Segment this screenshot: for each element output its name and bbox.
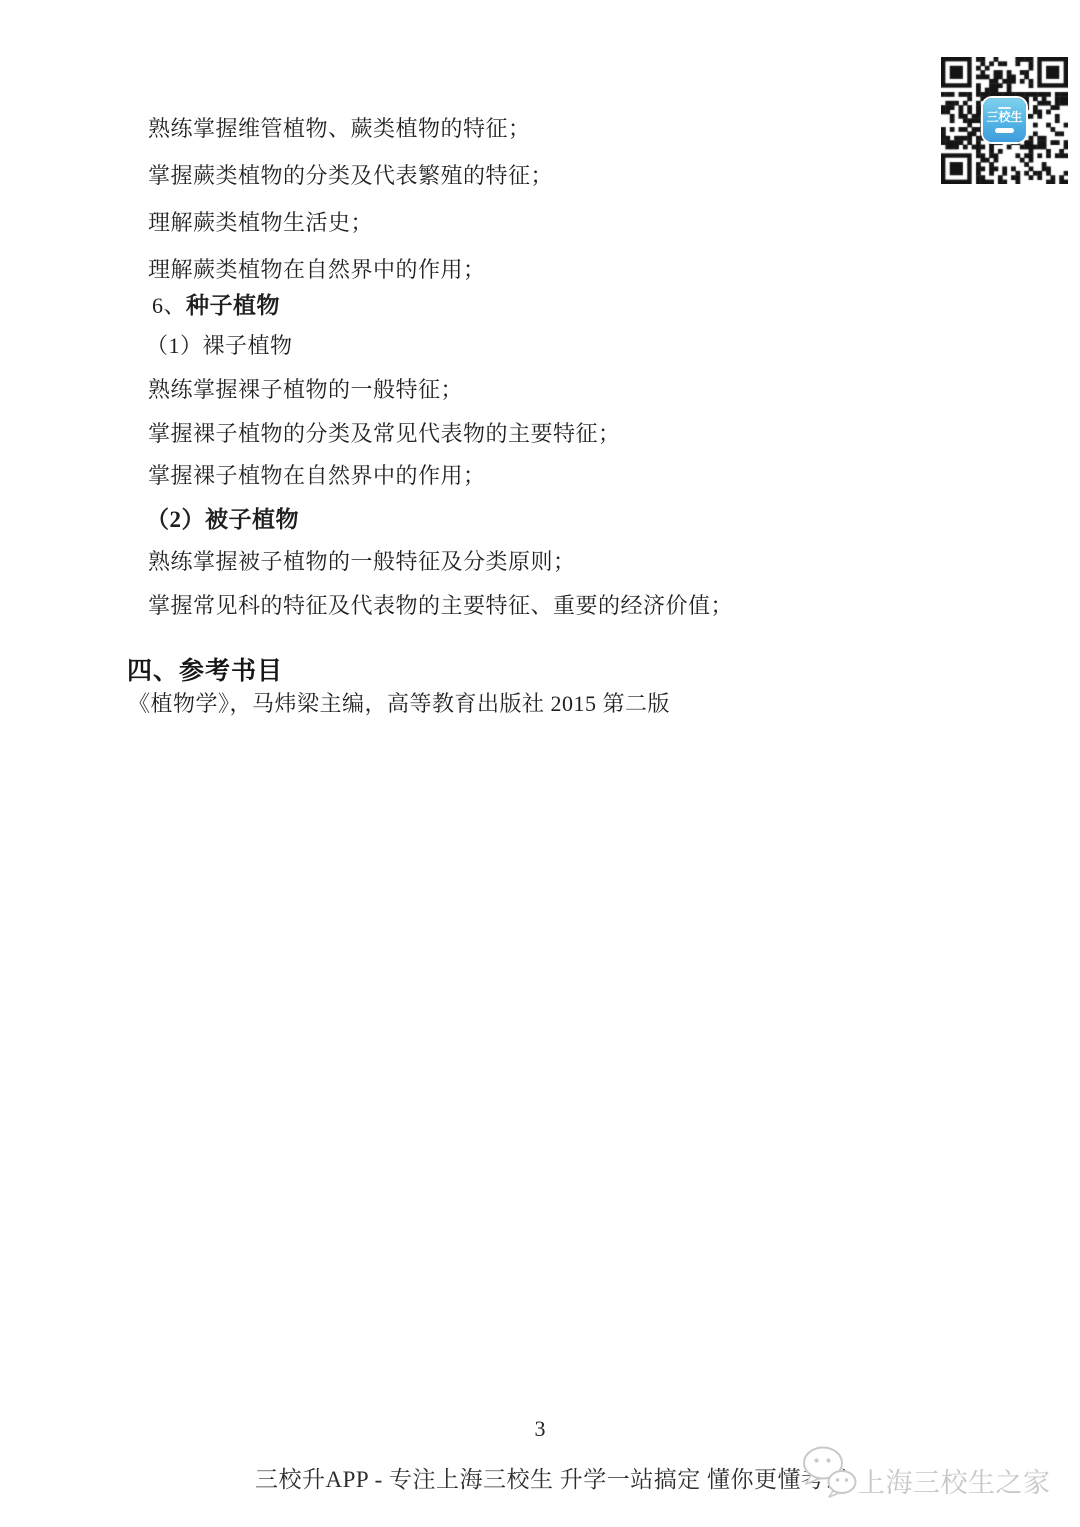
subheading-title: 种子植物 (186, 293, 280, 318)
content-line: 熟练掌握被子植物的一般特征及分类原则； (148, 549, 576, 574)
subheading-number: 6、 (152, 293, 186, 318)
content-line: 掌握常见科的特征及代表物的主要特征、重要的经济价值； (148, 593, 733, 618)
footer-app-text: 三校升APP - 专注上海三校生 升学一站搞定 懂你更懂考试 (255, 1461, 848, 1494)
qr-logo-label: 三校生 (986, 111, 1022, 124)
wechat-icon (799, 1444, 861, 1502)
content-subheading: （2）被子植物 (146, 507, 299, 533)
content-line: 理解蕨类植物在自然界中的作用； (148, 257, 486, 282)
content-line: 掌握裸子植物在自然界中的作用； (148, 463, 486, 488)
page-number: 3 (0, 1416, 1080, 1442)
qr-logo-pill (995, 128, 1014, 133)
content-line: 熟练掌握维管植物、蕨类植物的特征； (148, 116, 531, 141)
content-line: 理解蕨类植物生活史； (148, 210, 373, 235)
qr-logo: 三校生 (983, 98, 1026, 142)
content-item: （1）裸子植物 (146, 333, 293, 358)
qr-code: 三校生 (941, 57, 1068, 184)
document-page: 三校生 熟练掌握维管植物、蕨类植物的特征； 掌握蕨类植物的分类及代表繁殖的特征；… (0, 0, 1080, 1527)
content-line: 掌握蕨类植物的分类及代表繁殖的特征； (148, 163, 553, 188)
watermark-text: 上海三校生之家 (858, 1461, 1051, 1500)
content-subheading: 6、种子植物 (152, 293, 280, 319)
content-line: 掌握裸子植物的分类及常见代表物的主要特征； (148, 421, 621, 446)
content-line: 熟练掌握裸子植物的一般特征； (148, 377, 463, 402)
section-heading: 四、参考书目 (127, 651, 283, 687)
reference-entry: 《植物学》，马炜梁主编，高等教育出版社 2015 第二版 (128, 687, 670, 718)
